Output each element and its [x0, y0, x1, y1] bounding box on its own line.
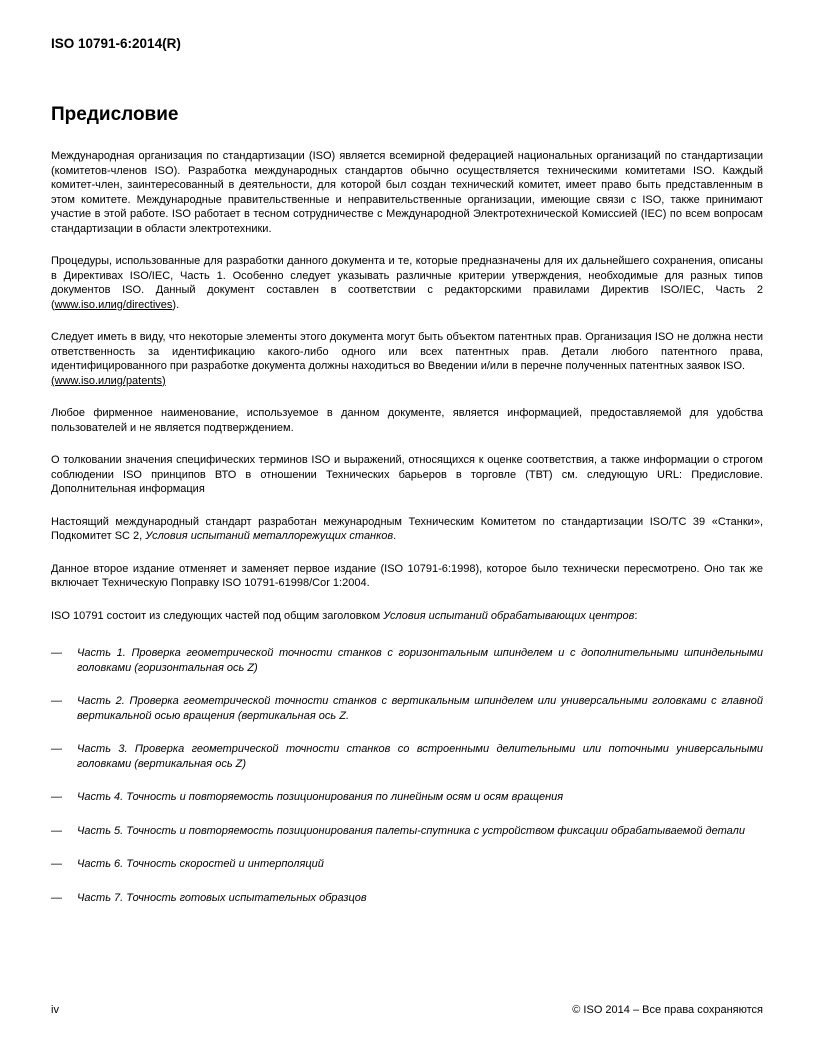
list-item-text: Часть 2. Проверка геометрической точност… [77, 695, 763, 722]
list-item-text: Часть 5. Точность и повторяемость позици… [77, 825, 745, 837]
document-page: ISO 10791-6:2014(R) Предисловие Междунар… [0, 0, 815, 1055]
list-item-marker: — [51, 742, 62, 757]
parts-list: —Часть 1. Проверка геометрической точнос… [51, 646, 763, 905]
foreword-paragraph-6: Настоящий международный стандарт разрабо… [51, 515, 763, 544]
list-item-part-5: —Часть 5. Точность и повторяемость позиц… [51, 824, 763, 839]
paragraph-text: Следует иметь в виду, что некоторые элем… [51, 331, 763, 372]
directives-link[interactable]: www.iso.илиg/directives [55, 299, 173, 311]
list-item-marker: — [51, 790, 62, 805]
list-item-part-3: —Часть 3. Проверка геометрической точнос… [51, 742, 763, 771]
foreword-paragraph-3: Следует иметь в виду, что некоторые элем… [51, 330, 763, 388]
list-item-marker: — [51, 646, 62, 661]
foreword-paragraph-8: ISO 10791 состоит из следующих частей по… [51, 609, 763, 624]
foreword-paragraph-7: Данное второе издание отменяет и заменяе… [51, 562, 763, 591]
paragraph-text: : [634, 610, 637, 622]
series-title-italic: Условия испытаний обрабатывающих центров [383, 610, 634, 622]
list-item-text: Часть 1. Проверка геометрической точност… [77, 647, 763, 674]
doc-number: ISO 10791-6:2014(R) [51, 36, 763, 51]
committee-title-italic: Условия испытаний металлорежущих станков [145, 530, 393, 542]
list-item-part-4: —Часть 4. Точность и повторяемость позиц… [51, 790, 763, 805]
foreword-paragraph-2: Процедуры, использованные для разработки… [51, 254, 763, 312]
list-item-marker: — [51, 891, 62, 906]
list-item-text: Часть 6. Точность скоростей и интерполяц… [77, 858, 324, 870]
page-footer: iv © ISO 2014 – Все права сохраняются [51, 1003, 763, 1017]
paragraph-text: ). [172, 299, 179, 311]
list-item-text: Часть 7. Точность готовых испытательных … [77, 892, 367, 904]
patents-link[interactable]: (www.iso.илиg/patents) [51, 375, 166, 387]
list-item-text: Часть 3. Проверка геометрической точност… [77, 743, 763, 770]
list-item-marker: — [51, 824, 62, 839]
foreword-paragraph-4: Любое фирменное наименование, используем… [51, 406, 763, 435]
list-item-part-6: —Часть 6. Точность скоростей и интерполя… [51, 857, 763, 872]
list-item-part-1: —Часть 1. Проверка геометрической точнос… [51, 646, 763, 675]
paragraph-text: . [393, 530, 396, 542]
page-number: iv [51, 1003, 59, 1017]
list-item-text: Часть 4. Точность и повторяемость позици… [77, 791, 563, 803]
copyright-notice: © ISO 2014 – Все права сохраняются [572, 1003, 763, 1017]
list-item-part-2: —Часть 2. Проверка геометрической точнос… [51, 694, 763, 723]
foreword-paragraph-5: О толковании значения специфических терм… [51, 453, 763, 497]
list-item-part-7: —Часть 7. Точность готовых испытательных… [51, 891, 763, 906]
list-item-marker: — [51, 857, 62, 872]
foreword-paragraph-1: Международная организация по стандартиза… [51, 149, 763, 236]
list-item-marker: — [51, 694, 62, 709]
page-title: Предисловие [51, 104, 763, 126]
paragraph-text: ISO 10791 состоит из следующих частей по… [51, 610, 383, 622]
